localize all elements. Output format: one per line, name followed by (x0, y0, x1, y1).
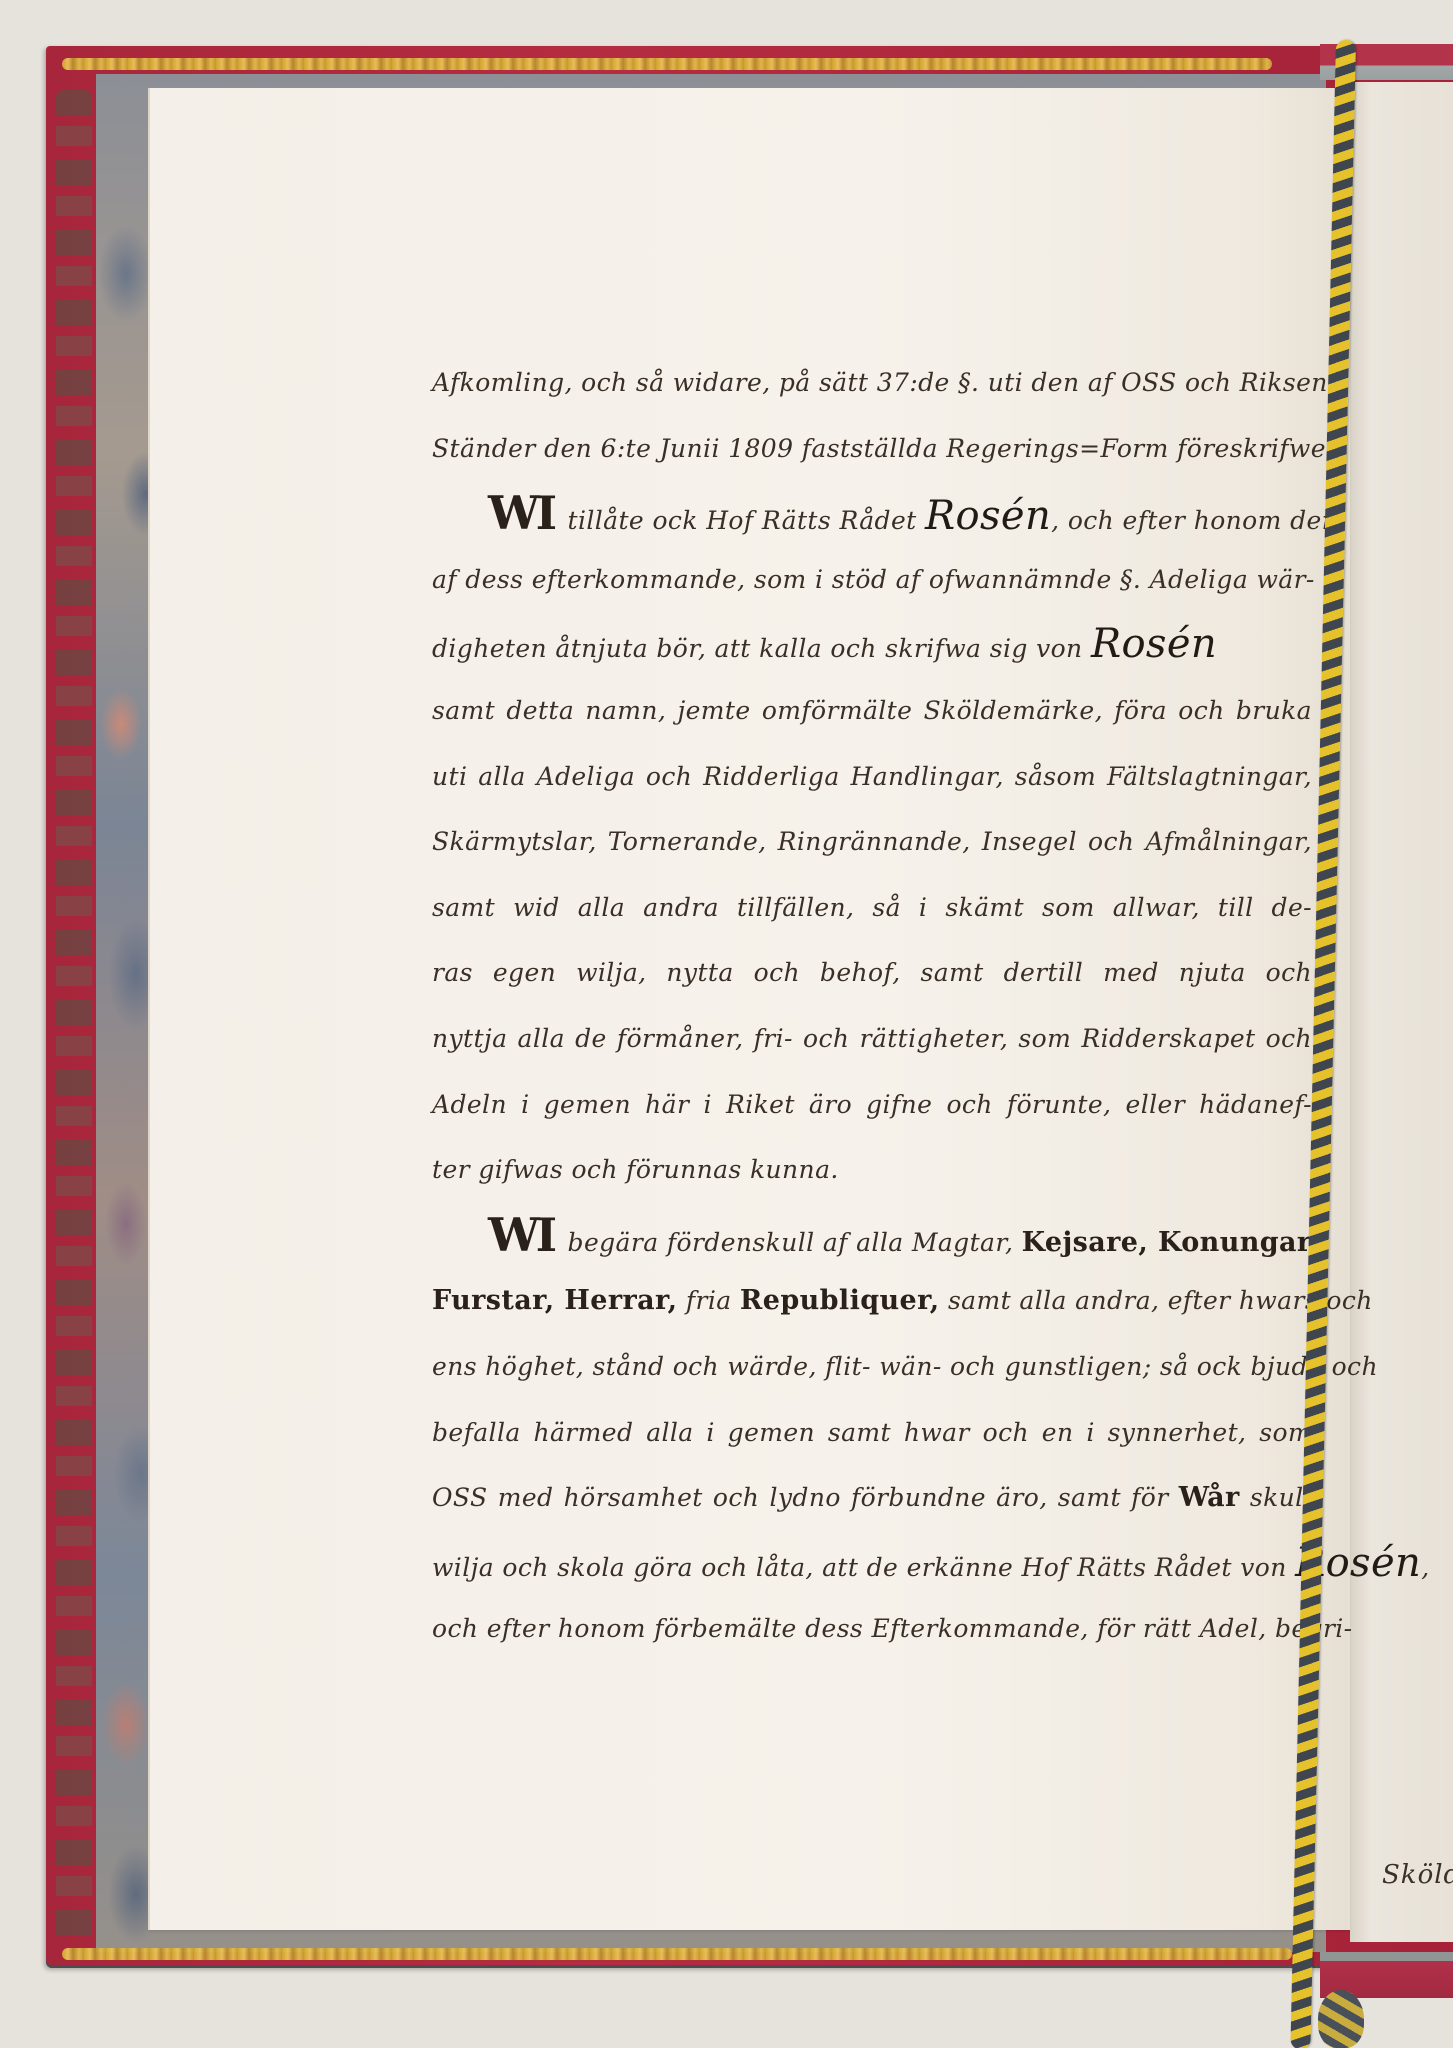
text-line-11: nyttja alla de förmåner, fri- och rättig… (432, 1006, 1312, 1072)
text-line-15: Furstar, Herrar, fria Republiquer, samt … (432, 1268, 1312, 1334)
text-line-6: samt detta namn, jemte omförmälte Skölde… (432, 678, 1312, 744)
manuscript-text: Afkomling, och så widare, på sätt 37:de … (432, 350, 1312, 1662)
emphasized-text: Furstar, Herrar, (432, 1285, 677, 1316)
text-line-7: uti alla Adeliga och Ridderliga Handling… (432, 744, 1312, 810)
text-line-17: befalla härmed alla i gemen samt hwar oc… (432, 1400, 1312, 1466)
text-line-13: ter gifwas och förunnas kunna. (432, 1137, 1312, 1203)
line-text: digheten åtnjuta bör, att kalla och skri… (432, 634, 1083, 663)
line-text: begära fördenskull af alla Magtar, (568, 1228, 1014, 1257)
text-line-3: WI tillåte ock Hof Rätts Rådet Rosén, oc… (432, 481, 1312, 547)
emphasized-text: Kejsare, Konungar, (1022, 1227, 1320, 1258)
line-text: OSS med hörsamhet och lydno förbundne är… (432, 1483, 1169, 1512)
text-line-8: Skärmytslar, Tornerande, Ringrännande, I… (432, 809, 1312, 875)
text-line-5: digheten åtnjuta bör, att kalla och skri… (432, 612, 1312, 678)
text-line-19: wilja och skola göra och låta, att de er… (432, 1531, 1312, 1597)
line-text: wilja och skola göra och låta, att de er… (432, 1553, 1287, 1582)
spine-tooling-decoration (56, 90, 92, 1940)
line-text-after: , (1421, 1553, 1429, 1582)
gilt-border-bottom (62, 1948, 1292, 1960)
line-text: fria (686, 1286, 732, 1315)
facing-page (1350, 82, 1453, 1942)
facing-page-fragment: Sköldeb (1382, 1860, 1453, 1890)
text-line-10: ras egen wilja, nytta och behof, samt de… (432, 940, 1312, 1006)
text-line-18: OSS med hörsamhet och lydno förbundne är… (432, 1465, 1312, 1531)
decorated-initial: WI (488, 486, 553, 540)
decorated-initial: WI (488, 1208, 553, 1262)
text-line-9: samt wid alla andra tillfällen, så i skä… (432, 875, 1312, 941)
text-line-16: ens höghet, stånd och wärde, flit- wän- … (432, 1334, 1312, 1400)
text-line-20: och efter honom förbemälte dess Efterkom… (432, 1596, 1312, 1662)
text-line-14: WI begära fördenskull af alla Magtar, Ke… (432, 1203, 1312, 1269)
line-text-after: , och efter honom den (1051, 506, 1338, 535)
text-line-2: Ständer den 6:te Junii 1809 fastställda … (432, 416, 1312, 482)
emphasized-text-2: Republiquer, (740, 1285, 940, 1316)
gilt-border-top (62, 58, 1272, 70)
cord-knot (1318, 1990, 1364, 2048)
text-line-4: af dess efterkommande, som i stöd af ofw… (432, 547, 1312, 613)
name-rosen: Rosén (925, 493, 1051, 539)
text-line-1: Afkomling, och så widare, på sätt 37:de … (432, 350, 1312, 416)
emphasized-text: Wår (1179, 1482, 1240, 1513)
line-text: tillåte ock Hof Rätts Rådet (568, 506, 917, 535)
name-rosen: Rosén (1091, 621, 1217, 667)
text-line-12: Adeln i gemen här i Riket äro gifne och … (432, 1072, 1312, 1138)
